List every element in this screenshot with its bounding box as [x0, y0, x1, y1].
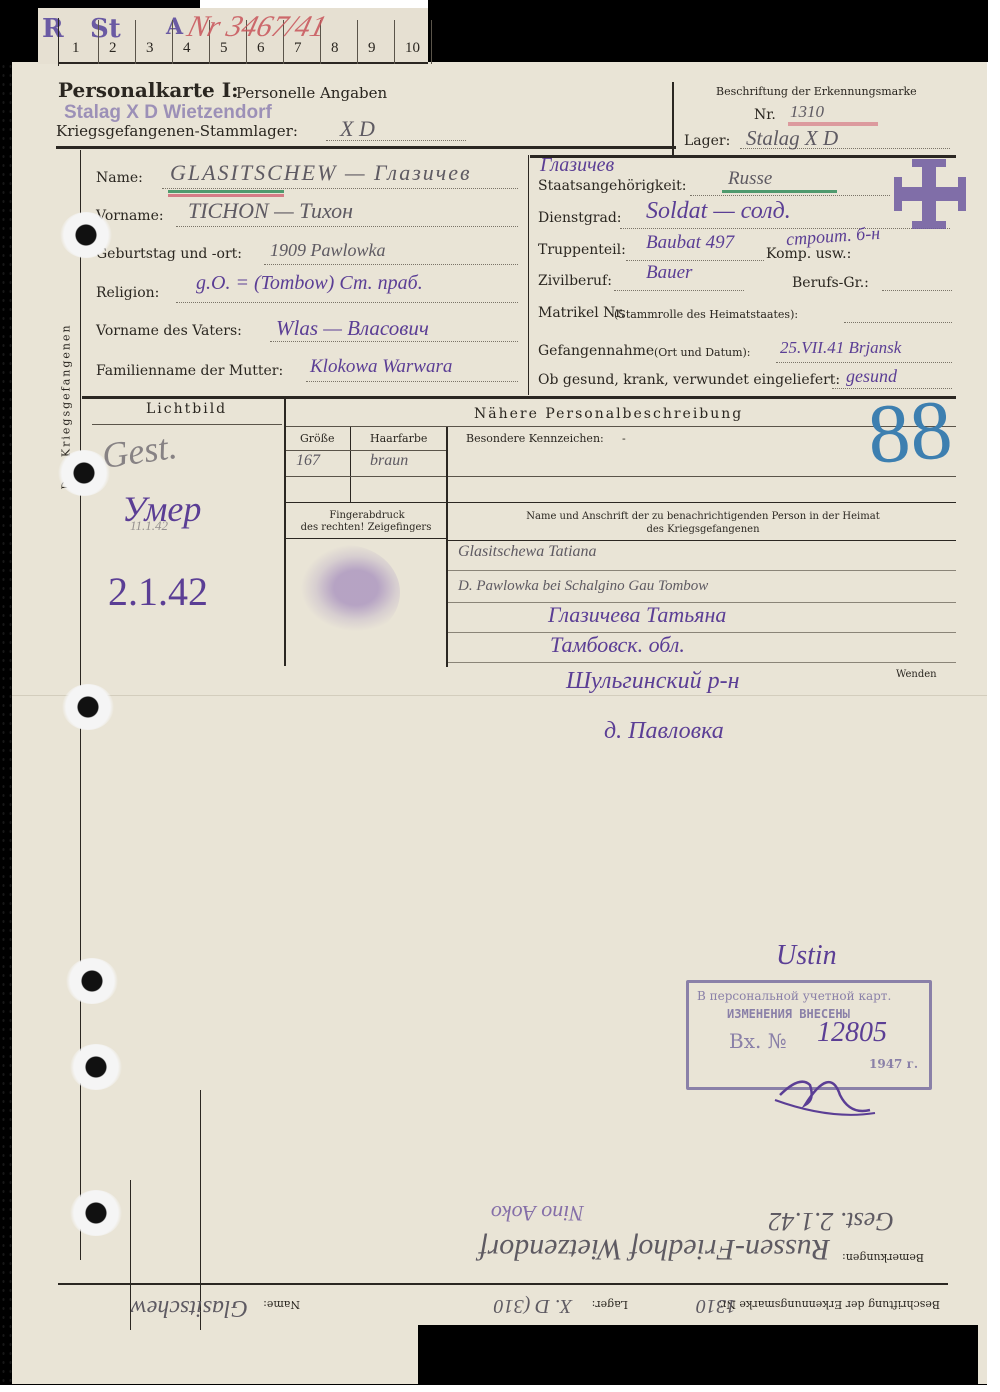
scan-black-top [428, 0, 988, 62]
punch-hole [66, 958, 118, 1004]
groesse-value: 167 [296, 452, 320, 470]
contact-heading-2: des Kriegsgefangenen [450, 524, 956, 535]
zivilberuf-value: Bauer [646, 262, 692, 284]
wenden-label: Wenden [896, 669, 937, 680]
haarfarbe-value: braun [370, 452, 408, 470]
religion-value: g.O. = (Tombow) Ст. праб. [196, 272, 423, 295]
strip-name-label: Name: [263, 1298, 300, 1311]
header-strip: R St A 12345678910 Nr 3467/41 [38, 8, 428, 64]
kennzeichen-label: Besondere Kennzeichen: [466, 432, 604, 445]
punch-hole [70, 1044, 122, 1090]
berufs-label: Berufs-Gr.: [792, 275, 869, 291]
truppenteil-value: Baubat 497 [646, 232, 734, 254]
staat-value: Russe [728, 168, 772, 190]
name-value: GLASITSCHEW — Глазичев [170, 160, 472, 186]
contact-line: Глазичева Татьяна [548, 602, 726, 628]
mutter-label: Familienname der Mutter: [96, 363, 283, 379]
groesse-label: Größe [300, 432, 335, 445]
card-subtitle: Personelle Angaben [236, 84, 387, 102]
bemerkungen-label: Bemerkungen: [842, 1251, 924, 1264]
punch-hole [62, 684, 114, 730]
bemerkungen-violet-note: Nino Aoko [491, 1200, 584, 1226]
gesund-value: gesund [846, 366, 897, 387]
punch-hole [70, 1190, 122, 1236]
geburt-value: 1909 Pawlowka [270, 240, 386, 261]
stamp-line-1: В персональной учетной карт. [697, 989, 891, 1003]
number-cell: 9 [368, 40, 376, 57]
strip-marke-label: Beschriftung der Erkennungsmarke Nr. [719, 1298, 940, 1311]
punch-hole [58, 450, 110, 496]
cross-stamp-icon [890, 157, 970, 233]
kennzeichen-value: - [622, 432, 626, 445]
haarfarbe-label: Haarfarbe [370, 432, 427, 445]
dienstgrad-value: Soldat — солд. [646, 198, 791, 225]
vater-value: Wlas — Власович [276, 316, 429, 341]
lichtbild-label: Lichtbild [146, 401, 227, 417]
stamp-letter-a: A [166, 14, 183, 40]
marke-lager-value: Stalag X D [746, 126, 838, 151]
contact-line: Тамбовск. обл. [550, 632, 685, 658]
lichtbild-note-date: 2.1.42 [108, 568, 208, 615]
number-cell: 10 [405, 40, 420, 57]
number-cell: 2 [109, 40, 117, 57]
camp-stamp: Stalag X D Wietzendorf [64, 102, 272, 124]
red-number: Nr 3467/41 [183, 10, 330, 44]
scan-black-corner [0, 0, 38, 62]
strip-lager-value: X. D (310 [494, 1294, 572, 1317]
number-cell: 8 [331, 40, 339, 57]
contact-line: D. Pawlowka bei Schalgino Gau Tombow [458, 578, 708, 595]
religion-label: Religion: [96, 285, 159, 301]
punch-hole [60, 212, 112, 258]
dienstgrad-label: Dienstgrad: [538, 210, 622, 226]
section-heading: Nähere Personalbeschreibung [474, 406, 743, 422]
stammlager-value: X D [340, 116, 375, 142]
truppenteil-label: Truppenteil: [538, 242, 626, 258]
scan-white-bottom [0, 1385, 1000, 1392]
number-cell: 1 [72, 40, 80, 57]
matrikel-label: Matrikel Nr. [538, 305, 625, 321]
strip-marke-nr: 1310 [696, 1294, 736, 1317]
card-fold [12, 695, 987, 696]
fingerprint-label-2: des rechten! Zeigefingers [286, 522, 446, 533]
stamp-vx-value: 12805 [817, 1017, 887, 1049]
stamp-signature-icon [770, 1055, 880, 1125]
mutter-value: Klokowa Warwara [310, 356, 452, 378]
gesund-label: Ob gesund, krank, verwundet eingeliefert… [538, 372, 840, 388]
name-label: Name: [96, 170, 143, 186]
lichtbild-note-date-gray: 11.1.42 [130, 518, 168, 534]
number-cell: 3 [146, 40, 154, 57]
stamp-signature-top: Ustin [776, 940, 837, 972]
card-title: Personalkarte I: [58, 78, 238, 102]
vorname-value: TICHON — Тихон [188, 198, 353, 224]
erkennungsmarke-heading: Beschriftung der Erkennungsmarke [716, 85, 917, 98]
fingerprint-smudge [290, 545, 400, 640]
bemerkungen-value: Russen-Friedhof Wietzendorf [479, 1232, 830, 1266]
staat-label: Staatsangehörigkeit: [538, 178, 687, 194]
strip-name-value: Glasitschew [131, 1294, 248, 1321]
stamp-letter-r: R [42, 14, 64, 44]
stammlager-label: Kriegsgefangenen-Stammlager: [56, 122, 298, 140]
blue-pencil-mark: 88 [865, 381, 956, 484]
scan-white-margin-right [987, 0, 1000, 1392]
stamp-vx-label: Вх. № [729, 1029, 787, 1053]
gefangennahme-label: Gefangennahme [538, 343, 654, 359]
matrikel-sublabel: (Stammrolle des Heimatstaates): [614, 308, 798, 321]
marke-lager-label: Lager: [684, 133, 730, 149]
inverted-marke-strip: Beschriftung der Erkennungsmarke Nr. 131… [58, 1285, 948, 1321]
bemerkungen-gest-note: Gest. 2.1.42 [768, 1206, 894, 1236]
marke-nr-label: Nr. [754, 107, 776, 123]
strip-lager-label: Lager: [592, 1298, 628, 1311]
vater-label: Vorname des Vaters: [96, 323, 242, 339]
geburt-label: Geburtstag und -ort: [96, 246, 242, 262]
scan-black-bottom [418, 1325, 978, 1385]
fingerprint-label-1: Fingerabdruck [292, 510, 442, 521]
gefangennahme-sublabel: (Ort und Datum): [654, 346, 751, 359]
marke-nr-value: 1310 [790, 102, 824, 122]
zivilberuf-label: Zivilberuf: [538, 273, 612, 289]
contact-line: Шульгинский р-н [566, 668, 739, 695]
contact-line: д. Павловка [604, 718, 724, 745]
gefangennahme-value: 25.VII.41 Brjansk [780, 338, 901, 358]
bemerkungen-section: Bemerkungen: Russen-Friedhof Wietzendorf… [150, 1200, 940, 1270]
contact-heading-1: Name und Anschrift der zu benachrichtige… [450, 511, 956, 522]
contact-line: Glasitschewa Tatiana [458, 543, 597, 561]
